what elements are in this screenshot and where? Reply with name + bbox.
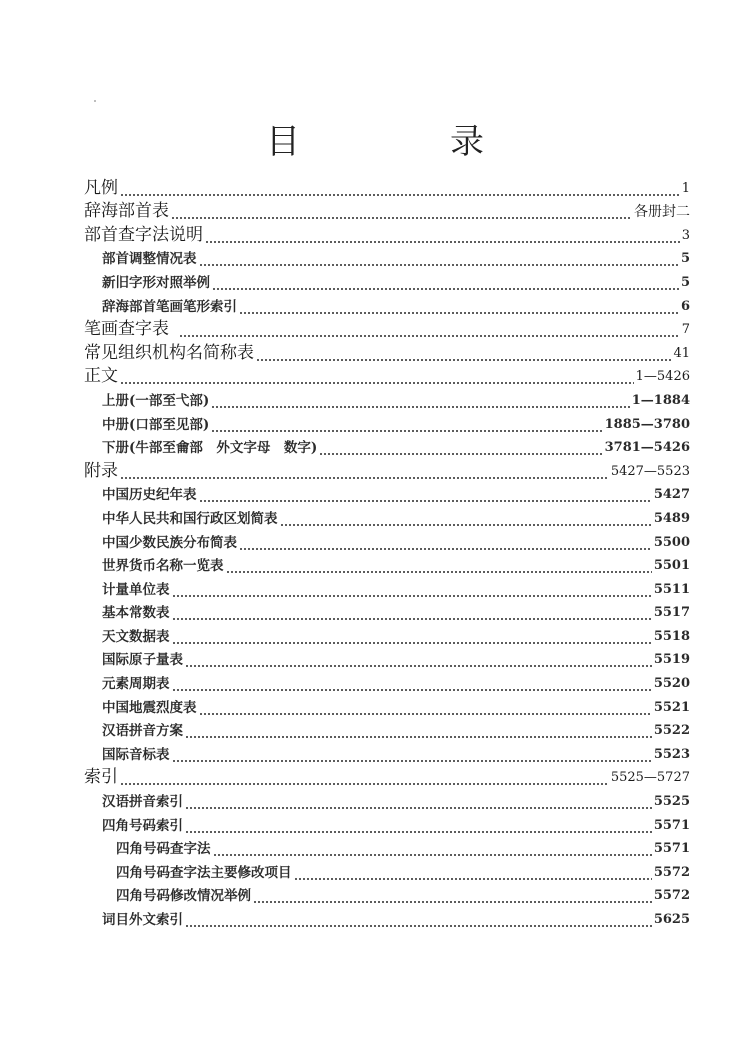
toc-entry[interactable]: 新旧字形对照举例5 <box>84 270 690 294</box>
dot-leader <box>120 382 634 384</box>
toc-entry-label: 汉语拼音方案 <box>102 720 183 742</box>
toc-entry-label: 国际原子量表 <box>102 649 183 671</box>
toc-entry-label: 中国地震烈度表 <box>102 697 197 719</box>
toc-entry[interactable]: 笔画查字表7 <box>84 318 690 342</box>
toc-entry-page: 3 <box>682 225 690 247</box>
toc-entry-page: 5511 <box>654 579 690 601</box>
toc-entry-page: 5571 <box>654 815 690 837</box>
toc-entry-page: 5523 <box>654 744 690 766</box>
toc-entry-page: 7 <box>682 319 690 341</box>
toc-entry[interactable]: 凡例1 <box>84 176 690 200</box>
toc-entry-label: 四角号码修改情况举例 <box>116 885 251 907</box>
toc-entry-page: 5522 <box>654 720 690 742</box>
toc-entry-page: 5 <box>681 272 690 294</box>
toc-entry-label: 常见组织机构名简称表 <box>84 342 254 365</box>
toc-entry-label: 世界货币名称一览表 <box>102 555 224 577</box>
toc-entry-page: 5625 <box>654 909 690 931</box>
toc-entry[interactable]: 四角号码修改情况举例5572 <box>84 884 690 908</box>
dot-leader <box>185 736 652 738</box>
toc-entry-page: 1—5426 <box>636 366 690 388</box>
dot-leader <box>253 901 652 903</box>
dot-leader <box>172 618 652 620</box>
toc-entry-page: 5427—5523 <box>611 461 690 483</box>
dot-leader <box>185 831 652 833</box>
dot-leader <box>185 925 652 927</box>
toc-entry[interactable]: 部首查字法说明3 <box>84 223 690 247</box>
toc-entry[interactable]: 部首调整情况表5 <box>84 247 690 271</box>
dot-leader <box>171 217 632 219</box>
dot-leader <box>199 500 652 502</box>
toc-entry-label: 部首调整情况表 <box>102 248 197 270</box>
toc-entry-page: 5525—5727 <box>611 767 690 789</box>
toc-entry[interactable]: 中册(口部至见部)1885—3780 <box>84 412 690 436</box>
toc-entry[interactable]: 计量单位表5511 <box>84 577 690 601</box>
dot-leader <box>226 571 652 573</box>
toc-entry-label: 笔画查字表 <box>84 318 169 341</box>
toc-entry-page: 1885—3780 <box>605 414 690 436</box>
dot-leader <box>239 312 679 314</box>
dot-leader <box>199 713 652 715</box>
toc-entry[interactable]: 四角号码查字法主要修改项目5572 <box>84 860 690 884</box>
toc-entry-label: 凡例 <box>84 177 118 200</box>
toc-entry[interactable]: 上册(一部至弋部)1—1884 <box>84 388 690 412</box>
toc-entry-page: 41 <box>673 343 690 365</box>
dot-leader <box>179 335 680 337</box>
scan-speck <box>94 100 96 102</box>
toc-entry-page: 5 <box>681 248 690 270</box>
toc-entry-label: 部首查字法说明 <box>84 224 203 247</box>
dot-leader <box>120 477 609 479</box>
toc-entry[interactable]: 辞海部首表各册封二 <box>84 200 690 224</box>
toc-entry-page: 5517 <box>654 602 690 624</box>
toc-entry-label: 索引 <box>84 766 118 789</box>
toc-entry-label: 下册(牛部至龠部 外文字母 数字) <box>102 437 317 459</box>
toc-entry-label: 新旧字形对照举例 <box>102 272 210 294</box>
toc-entry-page: 5521 <box>654 697 690 719</box>
dot-leader <box>172 689 652 691</box>
toc-entry[interactable]: 辞海部首笔画笔形索引6 <box>84 294 690 318</box>
toc-entry-label: 上册(一部至弋部) <box>102 390 209 412</box>
toc-entry-label: 元素周期表 <box>102 673 170 695</box>
toc-entry-label: 天文数据表 <box>102 626 170 648</box>
table-of-contents: 凡例1 辞海部首表各册封二 部首查字法说明3 部首调整情况表5 新旧字形对照举例… <box>84 176 690 931</box>
toc-entry[interactable]: 四角号码查字法5571 <box>84 837 690 861</box>
toc-entry-label: 中华人民共和国行政区划简表 <box>102 508 278 530</box>
dot-leader <box>212 288 679 290</box>
toc-entry-label: 附录 <box>84 460 118 483</box>
dot-leader <box>172 595 652 597</box>
toc-entry[interactable]: 附录5427—5523 <box>84 459 690 483</box>
page-title: 目 录 <box>0 114 750 163</box>
toc-entry[interactable]: 汉语拼音方案5522 <box>84 719 690 743</box>
toc-entry-label: 四角号码索引 <box>102 815 183 837</box>
dot-leader <box>319 453 602 455</box>
dot-leader <box>280 524 652 526</box>
toc-entry-page: 3781—5426 <box>605 437 690 459</box>
dot-leader <box>172 642 652 644</box>
dot-leader <box>211 406 629 408</box>
toc-entry-label: 基本常数表 <box>102 602 170 624</box>
toc-entry-page: 5572 <box>654 885 690 907</box>
toc-entry[interactable]: 索引5525—5727 <box>84 766 690 790</box>
dot-leader <box>239 548 652 550</box>
toc-entry-page: 各册封二 <box>634 201 690 223</box>
dot-leader <box>120 194 680 196</box>
toc-entry[interactable]: 常见组织机构名简称表41 <box>84 341 690 365</box>
toc-entry[interactable]: 汉语拼音索引5525 <box>84 789 690 813</box>
toc-entry[interactable]: 下册(牛部至龠部 外文字母 数字)3781—5426 <box>84 436 690 460</box>
dot-leader <box>256 359 671 361</box>
toc-entry-page: 5525 <box>654 791 690 813</box>
toc-entry[interactable]: 中华人民共和国行政区划简表5489 <box>84 506 690 530</box>
toc-entry[interactable]: 国际音标表5523 <box>84 742 690 766</box>
toc-entry-page: 5489 <box>654 508 690 530</box>
toc-entry-page: 5520 <box>654 673 690 695</box>
toc-entry-label: 中国少数民族分布简表 <box>102 532 237 554</box>
toc-entry-label: 词目外文索引 <box>102 909 183 931</box>
dot-leader <box>120 783 609 785</box>
dot-leader <box>294 878 652 880</box>
toc-entry-label: 四角号码查字法主要修改项目 <box>116 862 292 884</box>
toc-entry-page: 5518 <box>654 626 690 648</box>
toc-entry-label: 国际音标表 <box>102 744 170 766</box>
toc-entry[interactable]: 正文1—5426 <box>84 365 690 389</box>
toc-entry-page: 5427 <box>654 484 690 506</box>
dot-leader <box>211 430 602 432</box>
toc-entry-page: 5571 <box>654 838 690 860</box>
toc-entry-page: 5500 <box>654 532 690 554</box>
dot-leader <box>185 665 652 667</box>
dot-leader <box>213 854 652 856</box>
toc-entry-page: 5501 <box>654 555 690 577</box>
toc-entry-label: 辞海部首笔画笔形索引 <box>102 296 237 318</box>
toc-entry-label: 四角号码查字法 <box>116 838 211 860</box>
dot-leader <box>199 264 679 266</box>
toc-entry-label: 正文 <box>84 365 118 388</box>
toc-entry[interactable]: 元素周期表5520 <box>84 671 690 695</box>
toc-entry-label: 计量单位表 <box>102 579 170 601</box>
toc-entry[interactable]: 世界货币名称一览表5501 <box>84 554 690 578</box>
toc-entry-page: 6 <box>681 296 690 318</box>
toc-entry[interactable]: 基本常数表5517 <box>84 601 690 625</box>
toc-entry[interactable]: 天文数据表5518 <box>84 624 690 648</box>
toc-entry[interactable]: 中国少数民族分布简表5500 <box>84 530 690 554</box>
toc-entry-label: 中册(口部至见部) <box>102 414 209 436</box>
toc-entry-page: 1 <box>682 178 690 200</box>
toc-entry-page: 5519 <box>654 649 690 671</box>
toc-entry-page: 5572 <box>654 862 690 884</box>
toc-entry[interactable]: 中国地震烈度表5521 <box>84 695 690 719</box>
toc-entry-label: 辞海部首表 <box>84 200 169 223</box>
dot-leader <box>172 760 652 762</box>
dot-leader <box>185 807 652 809</box>
toc-entry-page: 1—1884 <box>632 390 690 412</box>
toc-entry[interactable]: 四角号码索引5571 <box>84 813 690 837</box>
toc-entry-label: 汉语拼音索引 <box>102 791 183 813</box>
dot-leader <box>205 241 680 243</box>
toc-entry[interactable]: 中国历史纪年表5427 <box>84 483 690 507</box>
toc-entry[interactable]: 词目外文索引5625 <box>84 907 690 931</box>
toc-entry[interactable]: 国际原子量表5519 <box>84 648 690 672</box>
toc-entry-label: 中国历史纪年表 <box>102 484 197 506</box>
